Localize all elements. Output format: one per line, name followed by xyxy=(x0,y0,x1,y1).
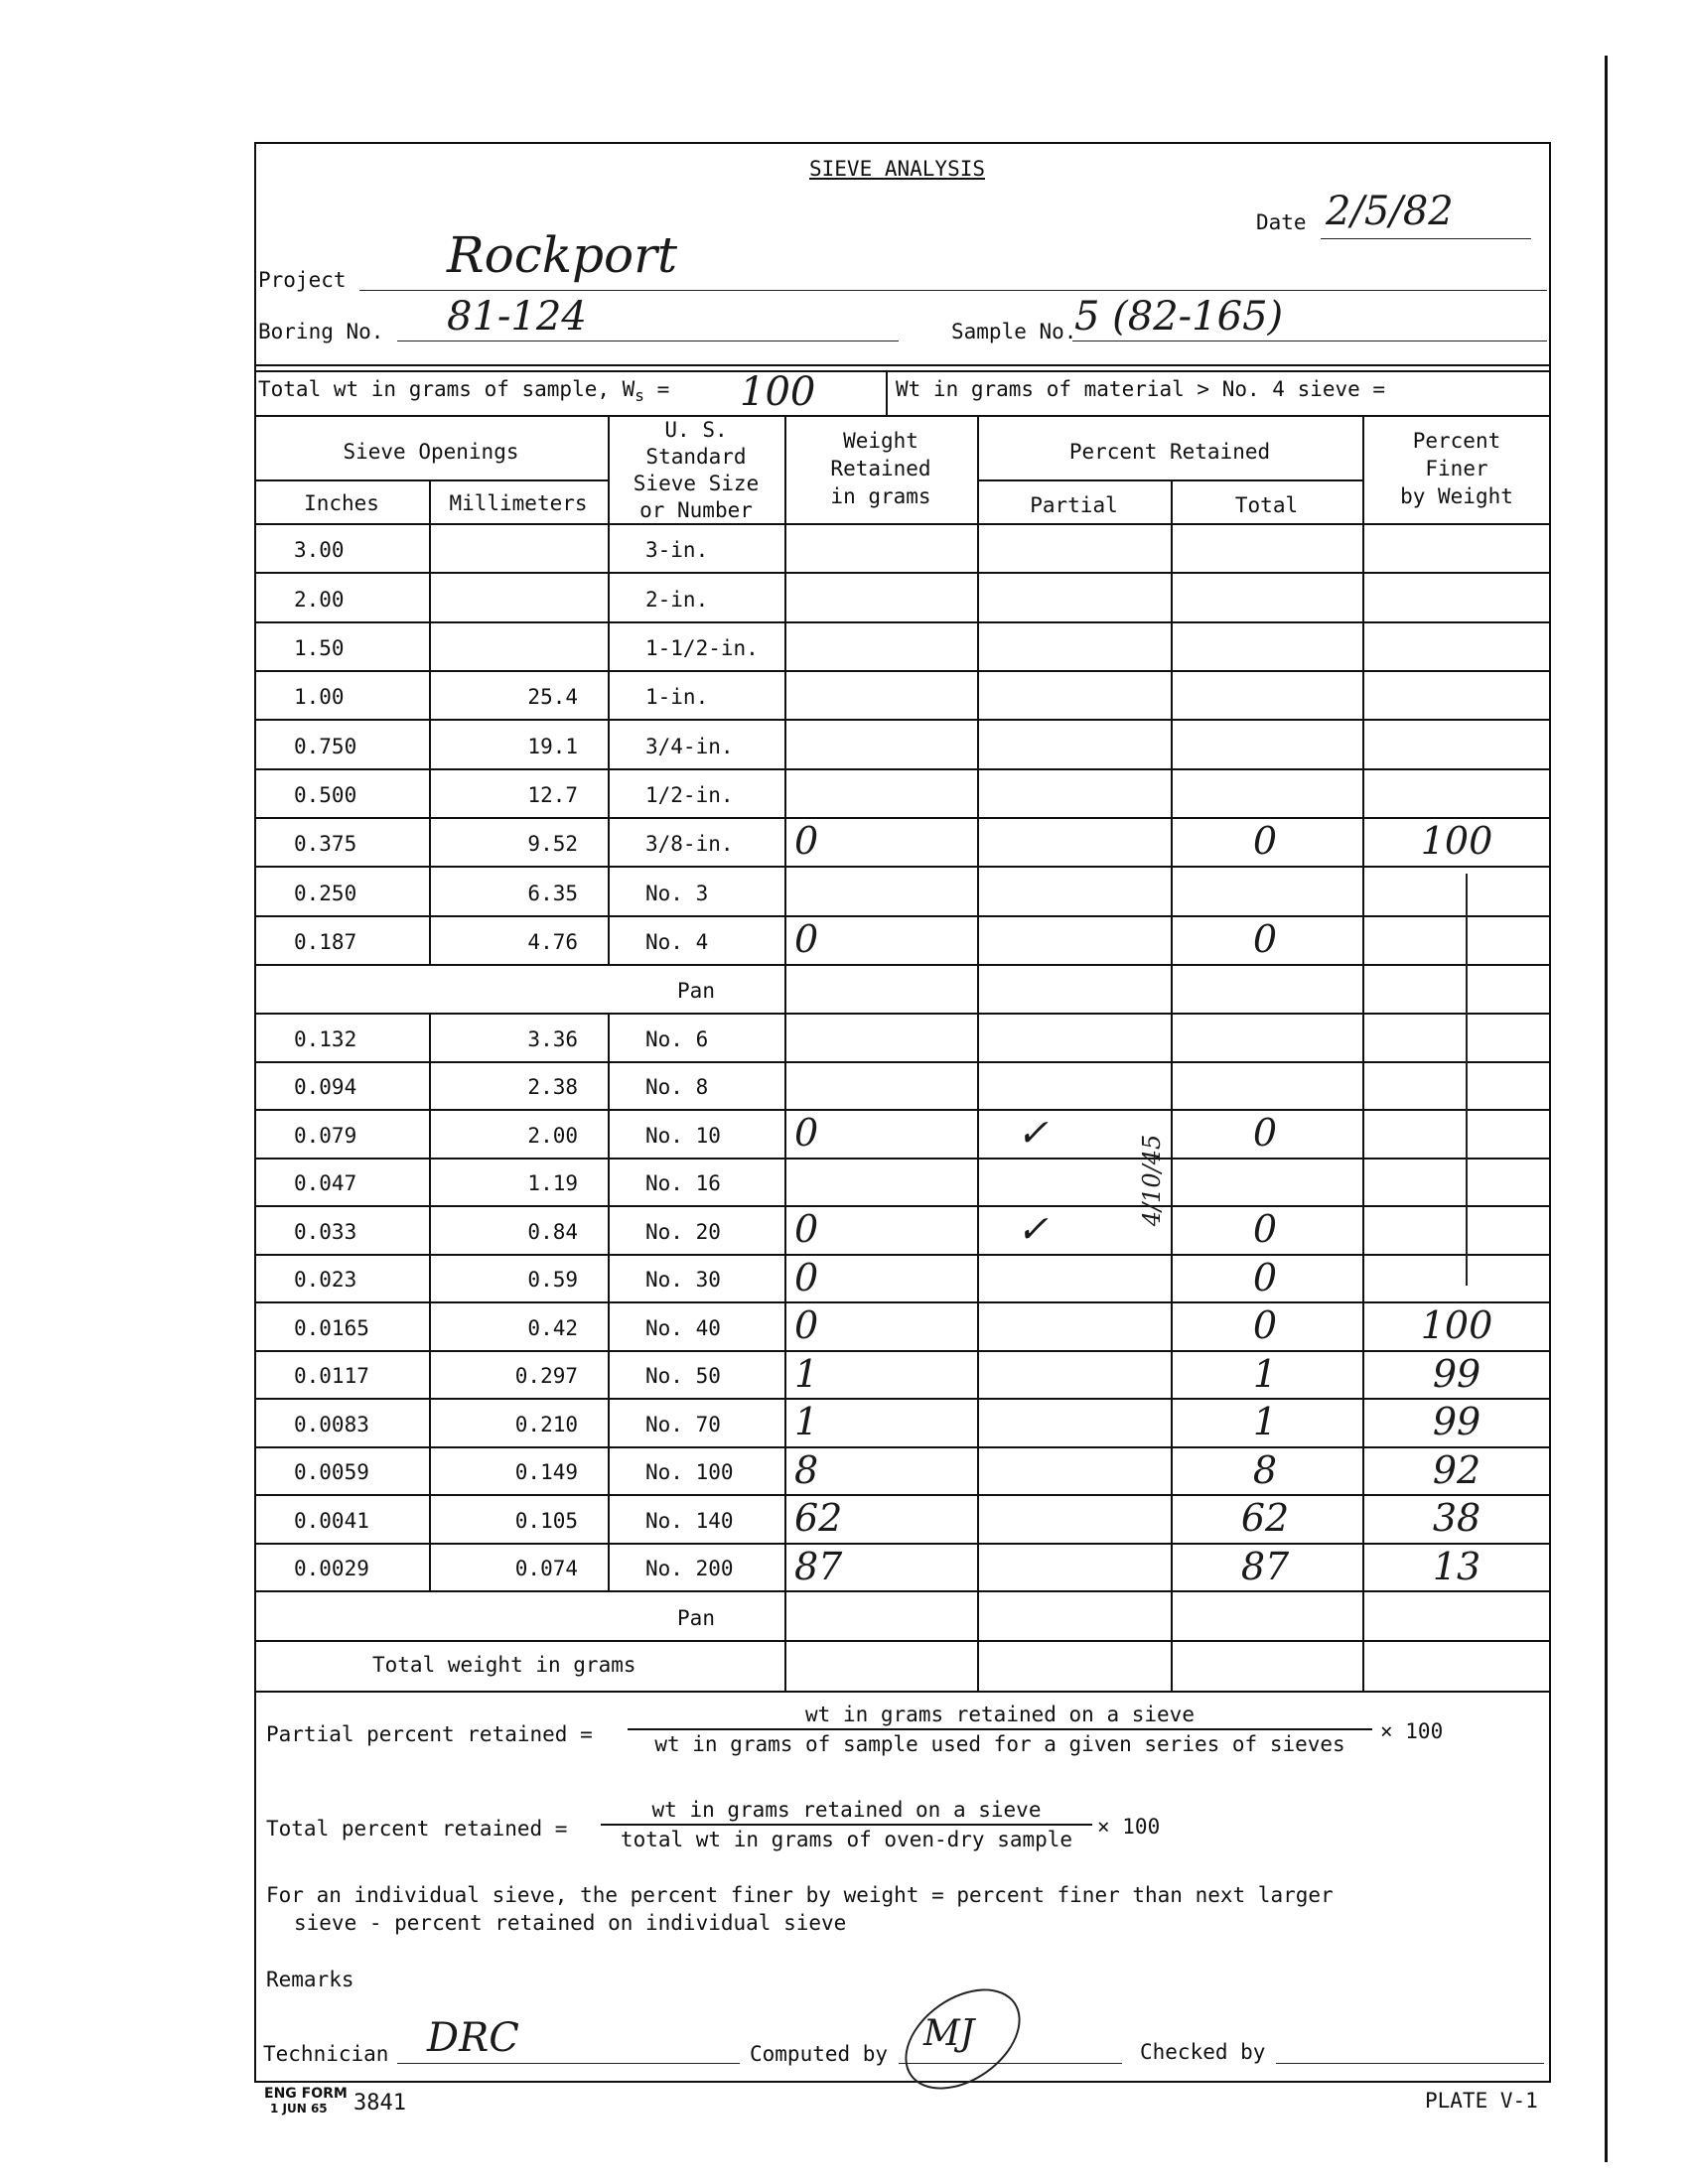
grid-line xyxy=(784,719,786,767)
total-formula-fraction: wt in grams retained on a sieve total wt… xyxy=(601,1798,1092,1851)
cell-percent-finer[interactable]: 92 xyxy=(1382,1448,1531,1492)
grid-line xyxy=(1171,1205,1173,1254)
grid-line xyxy=(977,817,979,866)
grid-line xyxy=(977,1254,979,1302)
cell-inches: 0.187 xyxy=(294,930,423,954)
partial-formula-fraction: wt in grams retained on a sieve wt in gr… xyxy=(628,1703,1372,1756)
grid-line xyxy=(254,964,1551,966)
cell-total-percent[interactable]: 1 xyxy=(1210,1352,1320,1396)
cell-total-percent[interactable]: 0 xyxy=(1210,1256,1320,1299)
grid-line xyxy=(784,1446,786,1495)
grid-line xyxy=(608,1109,610,1158)
grid-line xyxy=(1171,1301,1173,1350)
project-label: Project xyxy=(258,268,347,292)
date-underline xyxy=(1321,238,1531,239)
grid-line xyxy=(608,572,610,620)
grid-line xyxy=(1171,817,1173,866)
pan-label: Pan xyxy=(608,979,784,1003)
grid-line xyxy=(1362,1398,1364,1446)
grid-line xyxy=(429,621,431,670)
grid-line xyxy=(784,1109,786,1158)
cell-partial-percent[interactable]: ✓ xyxy=(1017,1207,1136,1251)
partial-formula-multiplier: × 100 xyxy=(1380,1719,1443,1743)
project-value[interactable]: Rockport xyxy=(447,226,677,284)
grid-line xyxy=(977,621,979,670)
cell-inches: 0.079 xyxy=(294,1124,423,1148)
cell-partial-percent[interactable]: ✓ xyxy=(1017,1111,1136,1155)
grid-line xyxy=(1362,670,1364,719)
cell-sieve-size: No. 8 xyxy=(645,1075,784,1099)
cell-sieve-size: No. 70 xyxy=(645,1413,784,1436)
cell-total-percent[interactable]: 8 xyxy=(1210,1448,1320,1492)
grid-line xyxy=(1171,1640,1173,1691)
remarks-label: Remarks xyxy=(266,1968,354,1991)
grid-line xyxy=(977,719,979,767)
grid-line xyxy=(608,1158,610,1206)
grid-line xyxy=(1171,670,1173,719)
grid-line xyxy=(1171,572,1173,620)
cell-sieve-size: 2-in. xyxy=(645,588,784,612)
grid-line xyxy=(784,1543,786,1591)
cell-sieve-size: No. 10 xyxy=(645,1124,784,1148)
grid-line xyxy=(784,964,786,1013)
grid-line xyxy=(608,1254,610,1302)
grid-line xyxy=(977,1205,979,1254)
grid-line xyxy=(784,1205,786,1254)
grid-line xyxy=(1171,768,1173,817)
grid-line xyxy=(608,768,610,817)
grid-line xyxy=(977,1640,979,1691)
cell-millimeters: 12.7 xyxy=(429,783,578,807)
header-millimeters: Millimeters xyxy=(429,491,608,515)
grid-line xyxy=(1171,1494,1173,1543)
cell-millimeters: 9.52 xyxy=(429,832,578,856)
grid-line xyxy=(1362,1301,1364,1350)
plate-label: PLATE V-1 xyxy=(1425,2089,1538,2113)
grid-line xyxy=(1171,1446,1173,1495)
cell-millimeters: 0.210 xyxy=(429,1413,578,1436)
grid-line xyxy=(1171,523,1173,572)
cell-inches: 0.0165 xyxy=(294,1316,423,1340)
header-inches: Inches xyxy=(254,491,429,515)
grid-line xyxy=(608,1398,610,1446)
cell-millimeters: 0.297 xyxy=(429,1364,578,1388)
grid-line xyxy=(1171,866,1173,914)
date-label: Date xyxy=(1256,210,1307,234)
grid-line xyxy=(784,817,786,866)
grid-line xyxy=(1171,621,1173,670)
cell-percent-finer[interactable]: 13 xyxy=(1382,1545,1531,1588)
grid-line xyxy=(608,1494,610,1543)
cell-sieve-size: No. 200 xyxy=(645,1557,784,1580)
grid-line xyxy=(1171,1158,1173,1206)
eng-form-label: ENG FORM 1 JUN 65 xyxy=(264,2087,348,2116)
cell-sieve-size: No. 3 xyxy=(645,882,784,905)
pan-label: Pan xyxy=(608,1606,784,1630)
header-us-standard: U. S.StandardSieve Sizeor Number xyxy=(608,417,784,524)
cell-inches: 3.00 xyxy=(294,538,423,562)
cell-inches: 0.0059 xyxy=(294,1460,423,1484)
cell-weight-retained[interactable]: 0 xyxy=(794,819,914,863)
cell-inches: 0.0029 xyxy=(294,1557,423,1580)
cell-millimeters: 0.149 xyxy=(429,1460,578,1484)
total-wt-label: Total wt in grams of sample, Ws = xyxy=(258,377,669,405)
cell-total-percent[interactable]: 0 xyxy=(1210,819,1320,863)
grid-line xyxy=(1362,1254,1364,1302)
cell-weight-retained[interactable]: 87 xyxy=(794,1545,914,1588)
grid-line xyxy=(429,572,431,620)
sample-value[interactable]: 5 (82-165) xyxy=(1074,294,1283,340)
grid-line xyxy=(784,1350,786,1399)
grid-line xyxy=(977,1350,979,1399)
divider xyxy=(254,415,1551,417)
divider xyxy=(254,364,1551,366)
cell-inches: 1.50 xyxy=(294,636,423,660)
header-percent-finer: PercentFinerby Weight xyxy=(1362,427,1551,510)
grid-line xyxy=(1362,1109,1364,1158)
cell-inches: 0.132 xyxy=(294,1027,423,1051)
cell-inches: 0.250 xyxy=(294,882,423,905)
form-number: 3841 xyxy=(353,2091,406,2116)
checked-underline xyxy=(1276,2063,1544,2064)
finer-note-line1: For an individual sieve, the percent fin… xyxy=(266,1883,1334,1907)
grid-line xyxy=(1362,572,1364,620)
cell-sieve-size: No. 100 xyxy=(645,1460,784,1484)
grid-line xyxy=(608,670,610,719)
date-value[interactable]: 2/5/82 xyxy=(1326,189,1454,234)
grid-line xyxy=(1171,1013,1173,1061)
cell-millimeters: 1.19 xyxy=(429,1171,578,1195)
grid-line xyxy=(608,719,610,767)
cell-millimeters: 0.84 xyxy=(429,1220,578,1244)
cell-percent-finer[interactable]: 99 xyxy=(1382,1352,1531,1396)
cell-percent-finer[interactable]: 38 xyxy=(1382,1496,1531,1540)
technician-label: Technician xyxy=(263,2042,388,2066)
cell-percent-finer[interactable]: 99 xyxy=(1382,1400,1531,1443)
grid-line xyxy=(1171,915,1173,964)
grid-line xyxy=(1362,1543,1364,1591)
cell-percent-finer[interactable]: 100 xyxy=(1382,819,1531,863)
grid-line xyxy=(254,572,1551,574)
cell-weight-retained[interactable]: 1 xyxy=(794,1352,914,1396)
cell-percent-finer[interactable]: 100 xyxy=(1382,1303,1531,1347)
grid-line xyxy=(254,768,1551,770)
cell-weight-retained[interactable]: 0 xyxy=(794,917,914,961)
grid-line xyxy=(784,1061,786,1110)
cell-total-percent[interactable]: 0 xyxy=(1210,917,1320,961)
cell-inches: 0.094 xyxy=(294,1075,423,1099)
grid-line xyxy=(977,768,979,817)
cell-weight-retained[interactable]: 62 xyxy=(794,1496,914,1540)
total-formula-multiplier: × 100 xyxy=(1097,1815,1160,1839)
grid-line xyxy=(608,1543,610,1591)
computed-label: Computed by xyxy=(750,2042,888,2066)
grid-line xyxy=(977,572,979,620)
grid-line xyxy=(1362,1350,1364,1399)
boring-label: Boring No. xyxy=(258,320,383,343)
boring-value[interactable]: 81-124 xyxy=(447,294,587,340)
grid-line xyxy=(1362,1013,1364,1061)
header-percent-retained: Percent Retained xyxy=(977,440,1362,464)
grid-line xyxy=(254,479,608,481)
cell-millimeters: 3.36 xyxy=(429,1027,578,1051)
grid-line xyxy=(254,621,1551,623)
grid-line xyxy=(784,1158,786,1206)
grid-line xyxy=(429,523,431,572)
grid-line xyxy=(608,866,610,914)
grid-line xyxy=(254,670,1551,672)
cell-millimeters: 0.42 xyxy=(429,1316,578,1340)
cell-sieve-size: No. 30 xyxy=(645,1268,784,1292)
cell-inches: 2.00 xyxy=(294,588,423,612)
grid-line xyxy=(608,915,610,964)
grid-line xyxy=(977,1061,979,1110)
cell-inches: 0.500 xyxy=(294,783,423,807)
grid-line xyxy=(977,1301,979,1350)
grid-line xyxy=(1362,1061,1364,1110)
grid-line xyxy=(1362,1446,1364,1495)
cell-millimeters: 19.1 xyxy=(429,735,578,758)
technician-underline xyxy=(397,2063,740,2064)
cell-millimeters: 0.105 xyxy=(429,1509,578,1533)
grid-line xyxy=(784,915,786,964)
cell-millimeters: 4.76 xyxy=(429,930,578,954)
cell-sieve-size: 3-in. xyxy=(645,538,784,562)
cell-sieve-size: No. 16 xyxy=(645,1171,784,1195)
cell-weight-retained[interactable]: 0 xyxy=(794,1207,914,1251)
cell-inches: 0.0117 xyxy=(294,1364,423,1388)
cell-sieve-size: No. 6 xyxy=(645,1027,784,1051)
grid-line xyxy=(784,572,786,620)
grid-line xyxy=(784,866,786,914)
divider xyxy=(254,370,1551,372)
header-partial: Partial xyxy=(977,493,1171,517)
cell-sieve-size: No. 50 xyxy=(645,1364,784,1388)
ditto-line xyxy=(1466,874,1468,1286)
cell-total-percent[interactable]: 0 xyxy=(1210,1303,1320,1347)
grid-line xyxy=(977,1013,979,1061)
cell-sieve-size: 1-1/2-in. xyxy=(645,636,784,660)
grid-line xyxy=(784,1301,786,1350)
cell-weight-retained[interactable]: 1 xyxy=(794,1400,914,1443)
cell-sieve-size: No. 40 xyxy=(645,1316,784,1340)
grid-line xyxy=(1171,1350,1173,1399)
grid-line xyxy=(784,768,786,817)
sample-underline xyxy=(1072,341,1547,341)
grid-line xyxy=(1362,915,1364,964)
grid-line xyxy=(254,523,1551,525)
grid-line xyxy=(1362,964,1364,1013)
cell-inches: 0.047 xyxy=(294,1171,423,1195)
cell-sieve-size: 3/4-in. xyxy=(645,735,784,758)
grid-line xyxy=(784,1590,786,1640)
cell-sieve-size: 3/8-in. xyxy=(645,832,784,856)
technician-value[interactable]: DRC xyxy=(427,2015,519,2061)
grid-line xyxy=(977,1109,979,1158)
header-sieve-openings: Sieve Openings xyxy=(254,440,608,464)
grid-line xyxy=(608,817,610,866)
cell-sieve-size: No. 4 xyxy=(645,930,784,954)
total-formula-label: Total percent retained = xyxy=(266,1817,567,1841)
grid-line xyxy=(784,1640,786,1691)
grid-line xyxy=(1171,1061,1173,1110)
cell-inches: 0.750 xyxy=(294,735,423,758)
partial-formula-label: Partial percent retained = xyxy=(266,1722,593,1746)
grid-line xyxy=(1362,523,1364,572)
grid-line xyxy=(608,1446,610,1495)
wt-material-label: Wt in grams of material > No. 4 sieve = xyxy=(896,377,1385,401)
grid-line xyxy=(784,1398,786,1446)
grid-line xyxy=(784,1013,786,1061)
grid-line xyxy=(608,1350,610,1399)
cell-total-percent[interactable]: 87 xyxy=(1210,1545,1320,1588)
cell-inches: 0.023 xyxy=(294,1268,423,1292)
grid-line xyxy=(784,670,786,719)
cell-weight-retained[interactable]: 8 xyxy=(794,1448,914,1492)
grid-line xyxy=(608,1013,610,1061)
grid-line xyxy=(254,1061,1551,1063)
computed-value[interactable]: MJ xyxy=(923,2013,974,2054)
header-weight-retained: WeightRetainedin grams xyxy=(784,427,977,510)
finer-note-line2: sieve - percent retained on individual s… xyxy=(294,1911,846,1935)
grid-line xyxy=(977,915,979,964)
margin-note: 4/10/45 xyxy=(1138,1111,1166,1250)
cell-sieve-size: 1/2-in. xyxy=(645,783,784,807)
total-wt-value[interactable]: 100 xyxy=(740,369,815,415)
grid-line xyxy=(977,866,979,914)
grid-line xyxy=(1362,866,1364,914)
cell-weight-retained[interactable]: 0 xyxy=(794,1111,914,1155)
grid-line xyxy=(1171,1109,1173,1158)
cell-millimeters: 25.4 xyxy=(429,685,578,709)
grid-line xyxy=(977,1494,979,1543)
cell-inches: 0.0041 xyxy=(294,1509,423,1533)
cell-millimeters: 2.00 xyxy=(429,1124,578,1148)
grid-line xyxy=(254,1590,1551,1592)
grid-line xyxy=(608,1205,610,1254)
grid-line xyxy=(977,1398,979,1446)
cell-inches: 0.375 xyxy=(294,832,423,856)
grid-line xyxy=(1171,1590,1173,1640)
boring-underline xyxy=(397,341,899,341)
grid-line xyxy=(977,1158,979,1206)
cell-weight-retained[interactable]: 0 xyxy=(794,1303,914,1347)
grid-line xyxy=(254,866,1551,868)
grid-line xyxy=(977,1590,979,1640)
grid-line xyxy=(1362,1205,1364,1254)
grid-line xyxy=(254,1013,1551,1015)
grid-line xyxy=(977,964,979,1013)
cell-weight-retained[interactable]: 0 xyxy=(794,1256,914,1299)
grid-line xyxy=(977,670,979,719)
grid-line xyxy=(977,1446,979,1495)
grid-line xyxy=(1362,621,1364,670)
grid-line xyxy=(977,523,979,572)
header-total: Total xyxy=(1171,493,1362,517)
cell-total-percent[interactable]: 0 xyxy=(1210,1207,1320,1251)
grid-line xyxy=(1171,719,1173,767)
grid-line xyxy=(784,1494,786,1543)
grid-line xyxy=(1362,719,1364,767)
page-edge-line xyxy=(1605,56,1608,2162)
cell-inches: 0.0083 xyxy=(294,1413,423,1436)
cell-sieve-size: 1-in. xyxy=(645,685,784,709)
cell-millimeters: 2.38 xyxy=(429,1075,578,1099)
total-weight-label: Total weight in grams xyxy=(372,1653,636,1677)
grid-line xyxy=(977,1543,979,1591)
grid-line xyxy=(1362,1640,1364,1691)
cell-sieve-size: No. 140 xyxy=(645,1509,784,1533)
checked-label: Checked by xyxy=(1140,2040,1265,2064)
cell-total-percent[interactable]: 1 xyxy=(1210,1400,1320,1443)
grid-line xyxy=(977,479,1362,481)
grid-line xyxy=(254,1640,1551,1642)
grid-line xyxy=(784,621,786,670)
cell-inches: 1.00 xyxy=(294,685,423,709)
grid-line xyxy=(1362,768,1364,817)
grid-line xyxy=(608,1301,610,1350)
grid-line xyxy=(1362,1590,1364,1640)
grid-line xyxy=(608,523,610,572)
cell-millimeters: 6.35 xyxy=(429,882,578,905)
grid-line xyxy=(1171,1543,1173,1591)
grid-line xyxy=(608,1061,610,1110)
cell-millimeters: 0.59 xyxy=(429,1268,578,1292)
form-title: SIEVE ANALYSIS xyxy=(809,157,985,181)
divider xyxy=(886,370,888,416)
cell-sieve-size: No. 20 xyxy=(645,1220,784,1244)
cell-inches: 0.033 xyxy=(294,1220,423,1244)
cell-total-percent[interactable]: 0 xyxy=(1210,1111,1320,1155)
project-underline xyxy=(359,290,1547,291)
grid-line xyxy=(1362,1494,1364,1543)
grid-line xyxy=(608,621,610,670)
grid-line xyxy=(254,1158,1551,1160)
grid-line xyxy=(1362,1158,1364,1206)
grid-line xyxy=(254,719,1551,721)
grid-line xyxy=(1171,964,1173,1013)
grid-line xyxy=(1362,817,1364,866)
cell-millimeters: 0.074 xyxy=(429,1557,578,1580)
sample-label: Sample No. xyxy=(951,320,1076,343)
grid-line xyxy=(1171,1254,1173,1302)
grid-line xyxy=(254,1691,1551,1693)
grid-line xyxy=(784,523,786,572)
grid-line xyxy=(1171,1398,1173,1446)
cell-total-percent[interactable]: 62 xyxy=(1210,1496,1320,1540)
grid-line xyxy=(784,1254,786,1302)
